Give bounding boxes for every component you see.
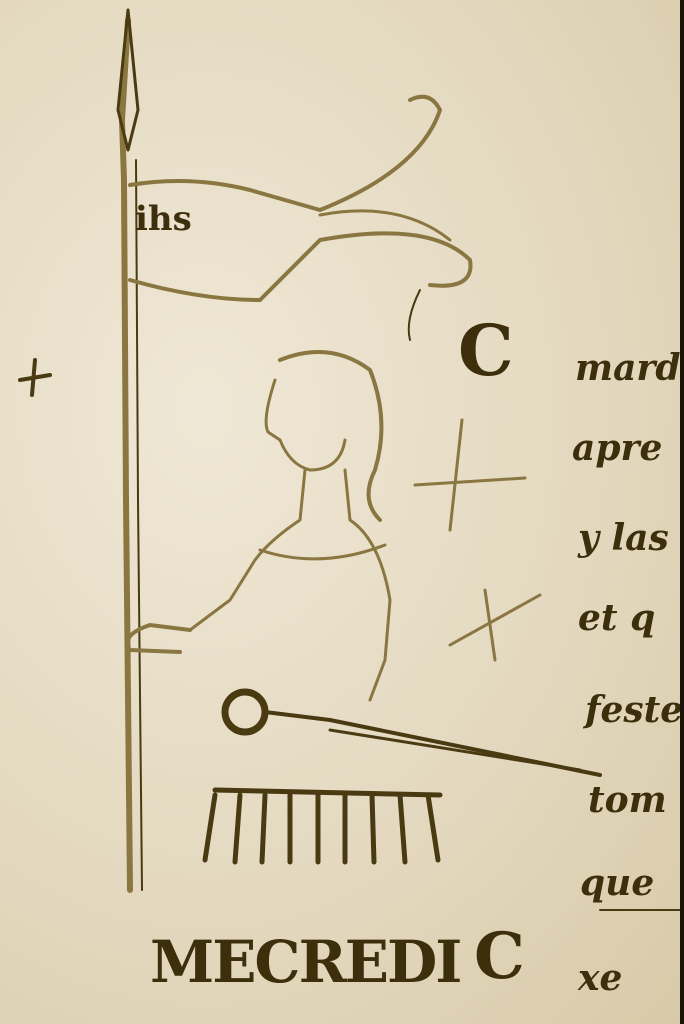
marginal-text: mard apre y las et q feste tom que xe — [572, 347, 683, 999]
initial-c-bottom: C — [474, 919, 525, 994]
svg-text:que: que — [580, 862, 654, 904]
svg-text:mard: mard — [575, 347, 681, 389]
manuscript-illustration: ihs — [0, 0, 684, 1024]
svg-text:tom: tom — [588, 779, 667, 821]
svg-text:y las: y las — [577, 517, 669, 559]
banner-text: ihs — [135, 199, 192, 239]
figure-joan — [128, 352, 601, 862]
svg-text:feste: feste — [582, 689, 683, 731]
page-edge — [680, 0, 684, 1024]
svg-text:et q: et q — [578, 597, 655, 639]
svg-text:apre: apre — [572, 427, 662, 469]
manuscript-page: ihs — [0, 0, 684, 1024]
cross-mark — [20, 360, 50, 395]
lance — [118, 10, 142, 890]
caption-mecredi: MECREDI — [150, 928, 460, 996]
svg-text:xe: xe — [577, 957, 622, 999]
initial-c-top: C — [458, 309, 514, 392]
